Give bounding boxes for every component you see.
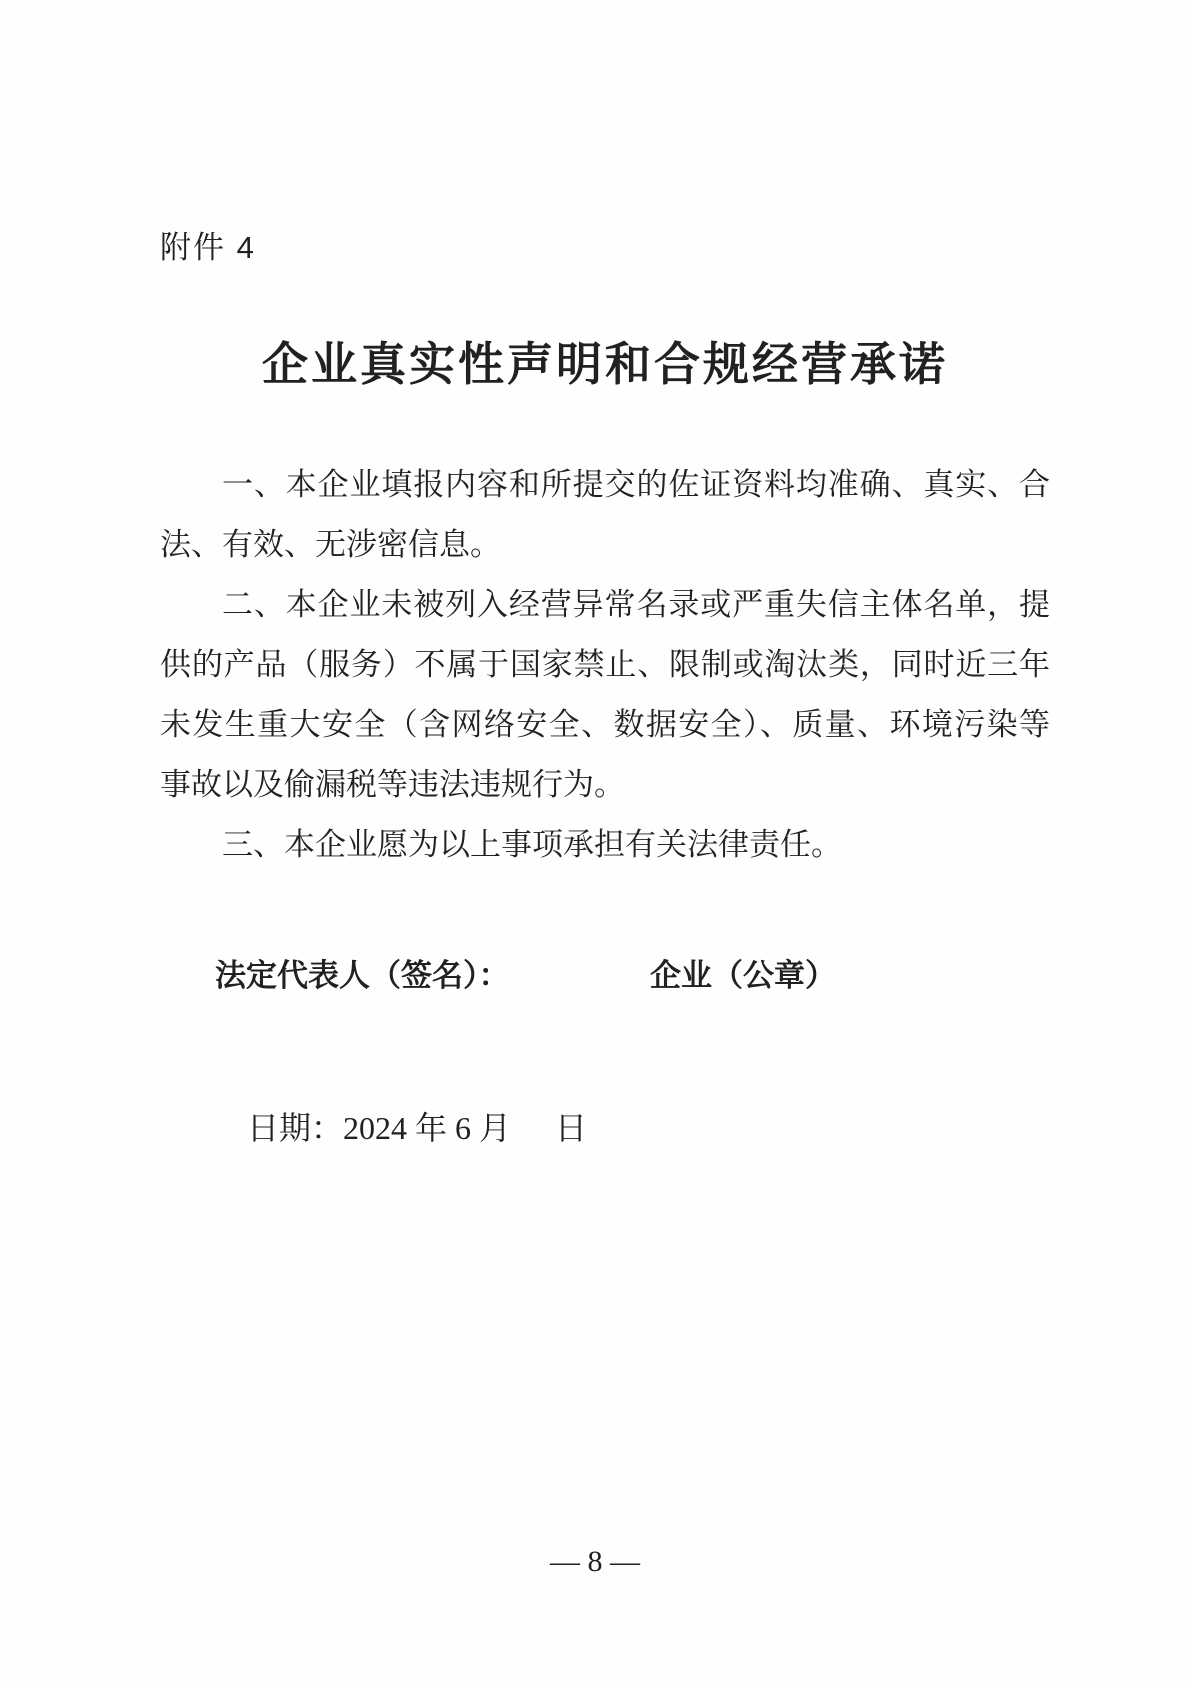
body-text: 一、本企业填报内容和所提交的佐证资料均准确、真实、合 法、有效、无涉密信息。 二… bbox=[160, 455, 1050, 875]
body-line: 供的产品（服务）不属于国家禁止、限制或淘汰类，同时近三年 bbox=[160, 635, 1050, 695]
body-line: 事故以及偷漏税等违法违规行为。 bbox=[160, 755, 1050, 815]
body-line: 未发生重大安全（含网络安全、数据安全）、质量、环境污染等 bbox=[160, 695, 1050, 755]
page-title: 企业真实性声明和合规经营承诺 bbox=[160, 328, 1050, 394]
body-line: 一、本企业填报内容和所提交的佐证资料均准确、真实、合 bbox=[160, 455, 1050, 515]
body-line: 法、有效、无涉密信息。 bbox=[160, 515, 1050, 575]
signature-row: 法定代表人（签名）： 企业（公章） bbox=[160, 950, 1050, 994]
body-line: 三、本企业愿为以上事项承担有关法律责任。 bbox=[160, 815, 1050, 875]
date-day-unit: 日 bbox=[555, 1110, 587, 1146]
page-number: — 8 — bbox=[0, 1545, 1190, 1579]
body-line: 二、本企业未被列入经营异常名录或严重失信主体名单，提 bbox=[160, 575, 1050, 635]
attachment-label: 附件 4 bbox=[160, 222, 256, 267]
legal-representative-signature-label: 法定代表人（签名）： bbox=[215, 950, 510, 995]
company-seal-label: 企业（公章） bbox=[650, 950, 836, 995]
document-page: 附件 4 企业真实性声明和合规经营承诺 一、本企业填报内容和所提交的佐证资料均准… bbox=[0, 0, 1190, 1683]
date-line: 日期：2024 年 6 月日 bbox=[215, 1066, 587, 1186]
date-prefix: 日期：2024 年 6 月 bbox=[247, 1110, 511, 1146]
